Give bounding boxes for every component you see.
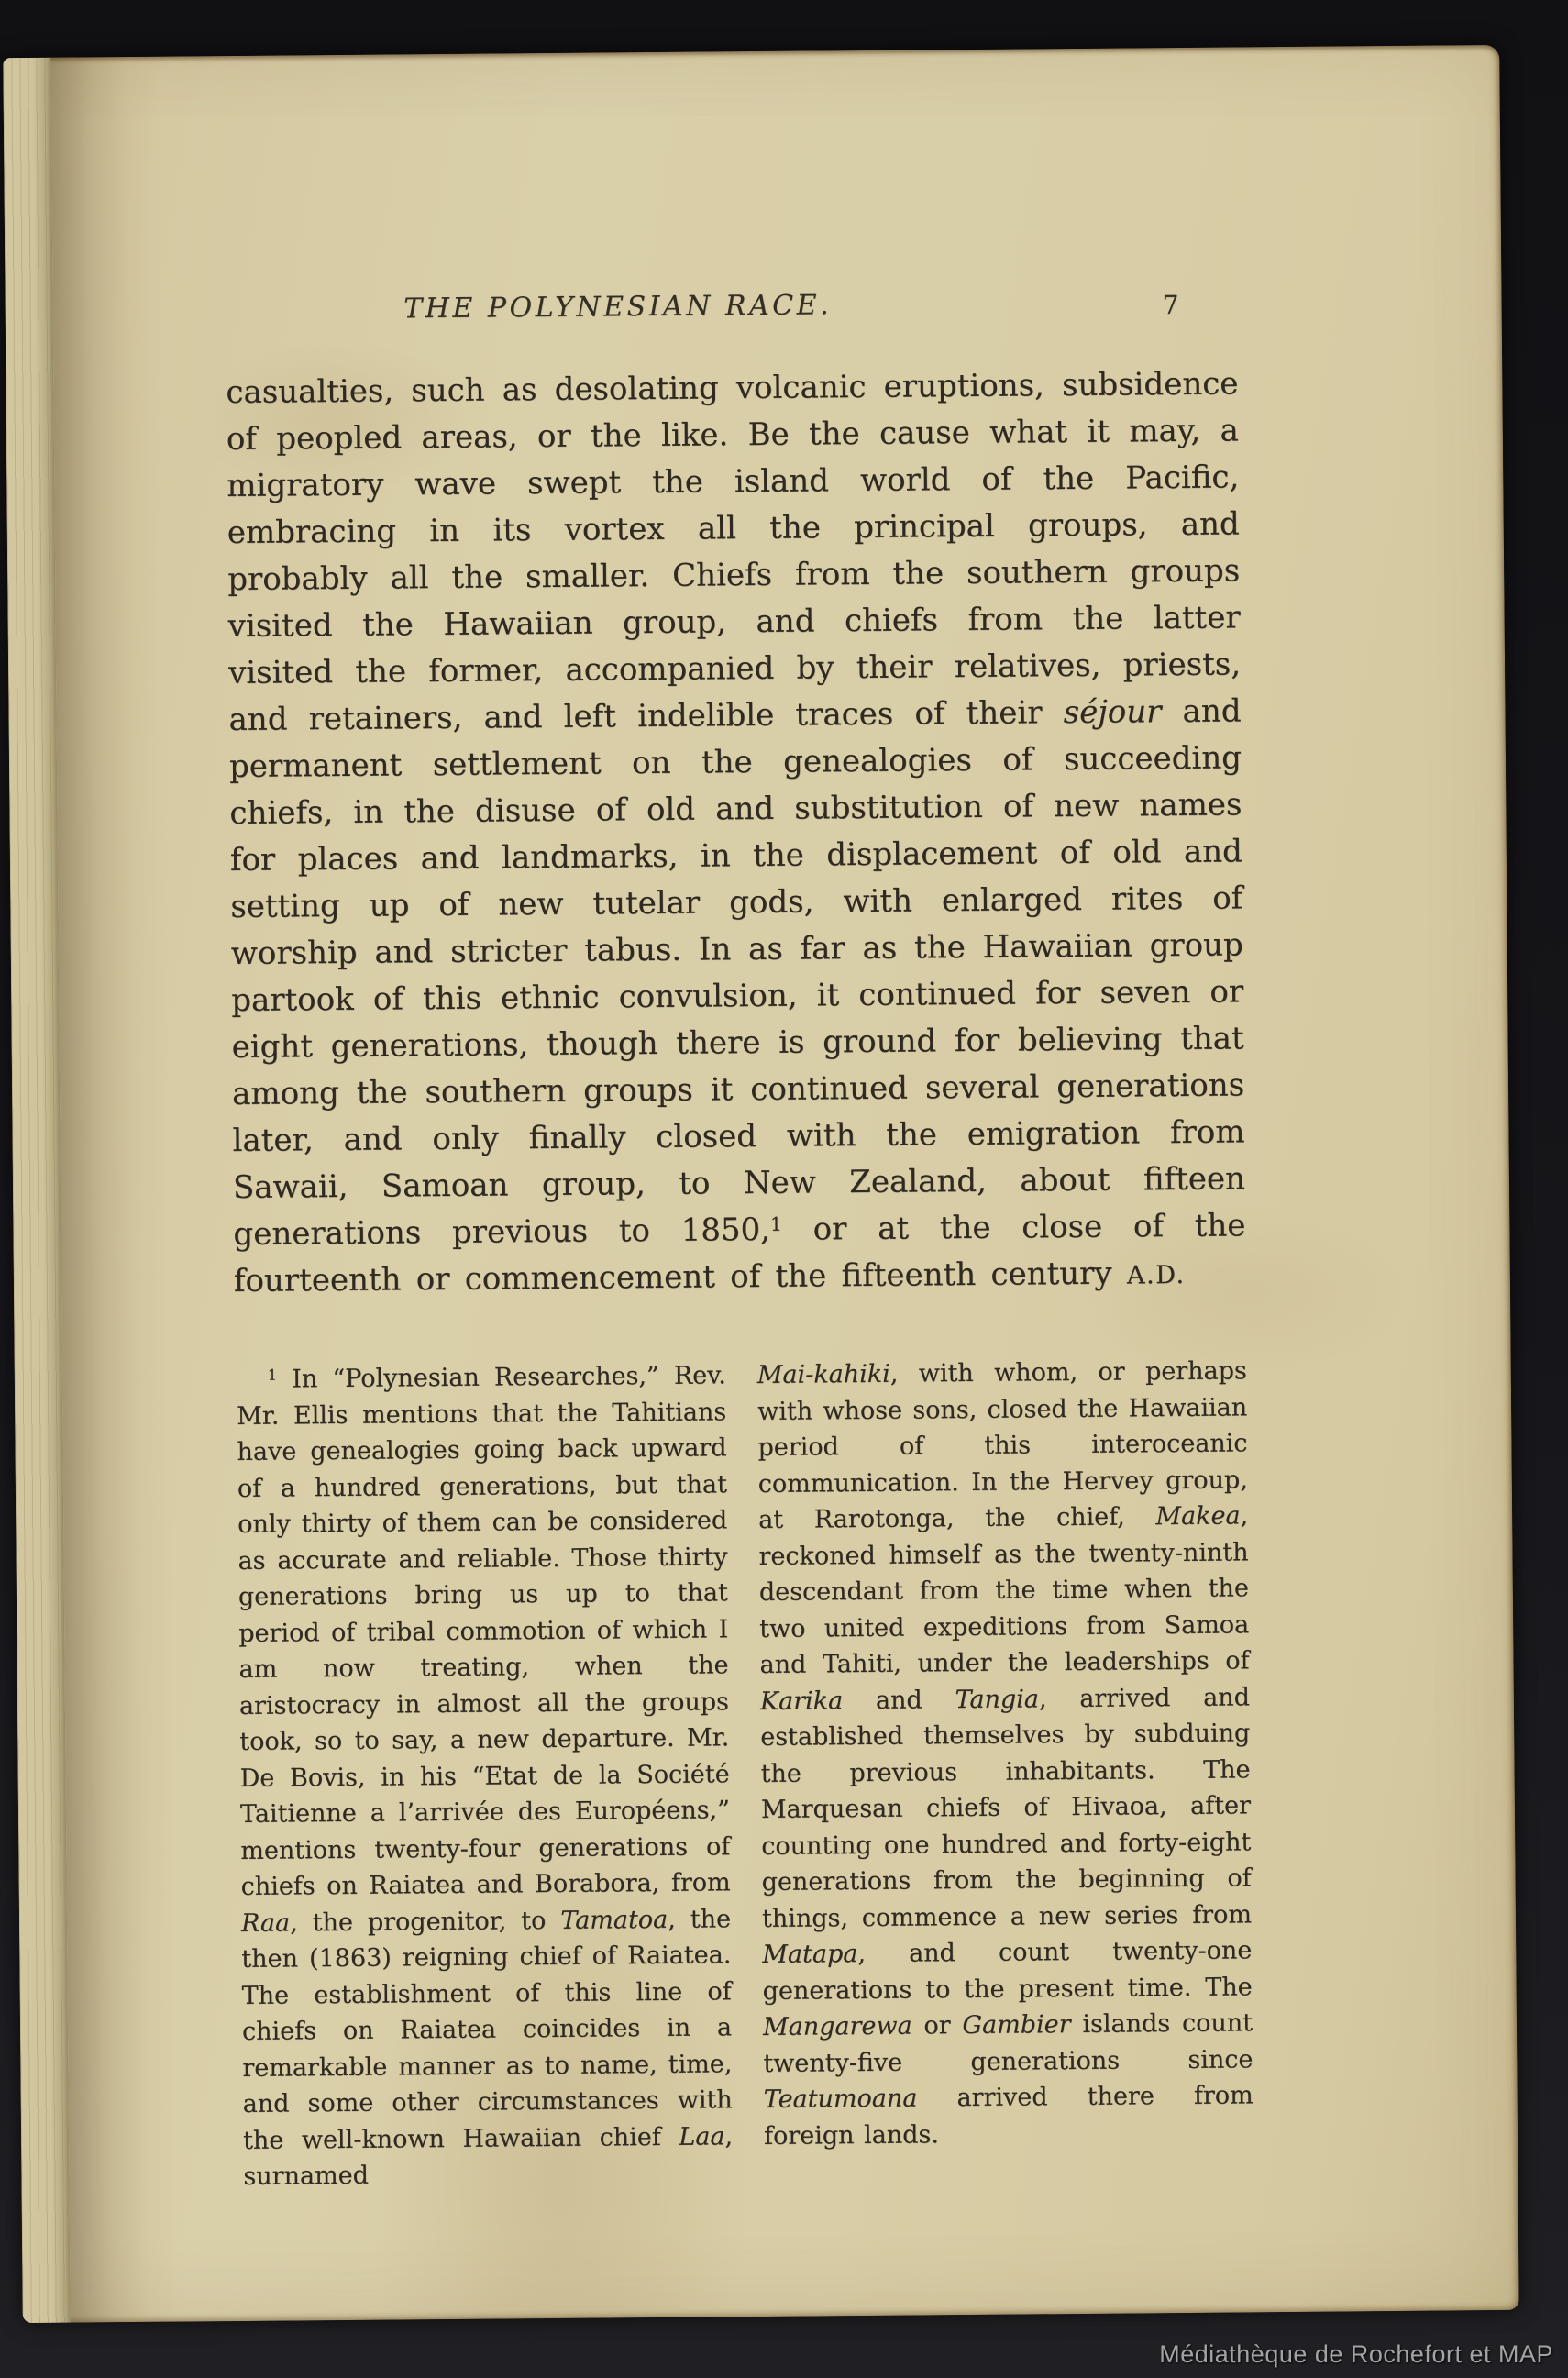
main-paragraph: casualties, such as desolating volcanic … [226, 360, 1246, 1307]
running-title: THE POLYNESIAN RACE. [403, 289, 832, 325]
footnote-column-right: Mai-kahiki, with whom, or perhaps with w… [757, 1353, 1254, 2190]
book-page: THE POLYNESIAN RACE. 7 casualties, such … [3, 45, 1518, 2323]
footnotes: 1 In “Polynesian Researches,” Rev. Mr. E… [237, 1353, 1254, 2195]
page-content: THE POLYNESIAN RACE. 7 casualties, such … [223, 47, 1255, 2321]
page-number: 7 [1163, 290, 1179, 320]
watermark: Médiathèque de Rochefort et MAP [1159, 2340, 1553, 2369]
running-head: THE POLYNESIAN RACE. 7 [226, 285, 1238, 337]
gutter-shadow [50, 57, 181, 2323]
footnote-column-left: 1 In “Polynesian Researches,” Rev. Mr. E… [237, 1357, 734, 2195]
